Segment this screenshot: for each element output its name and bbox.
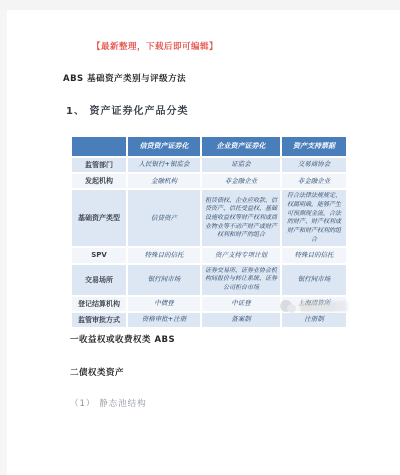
viewer-top-margin <box>0 0 400 10</box>
body-cell: 证监会 <box>202 158 280 172</box>
body-cell: 交易商协会 <box>282 158 346 172</box>
table-row: SPV特殊目的信托资产支持专项计划特殊目的信托 <box>72 248 342 262</box>
header-cell: 信贷资产证券化 <box>128 137 200 156</box>
item-static-pool-structure: （1） 静态池结构 <box>70 397 147 409</box>
body-cell: 特殊目的信托 <box>282 248 346 262</box>
header-cell: 企业资产证券化 <box>202 137 280 156</box>
body-cell: 人民银行+银监会 <box>128 158 200 172</box>
edit-notice: 【最新整理，下载后即可编辑】 <box>92 40 218 52</box>
table-row: 监管审批方式资格审批+注册备案制注册制 <box>72 313 342 327</box>
body-cell: 租赁债权、企业应收款、信贷资产、信托受益权、基础设施收益权等财产权利或商业物业等… <box>202 190 280 246</box>
table-row: 监管部门人民银行+银监会证监会交易商协会 <box>72 158 342 172</box>
body-cell: 证券交易所、证券业协会机构间报价与转让系统、证券公司柜台市场 <box>202 265 280 295</box>
table-body: 监管部门人民银行+银监会证监会交易商协会发起机构金融机构非金融企业非金融企业基础… <box>72 158 342 327</box>
row-label-cell: 基础资产类型 <box>72 190 126 246</box>
row-label-cell: 发起机构 <box>72 174 126 188</box>
section-heading: 1、 资产证券化产品分类 <box>66 102 188 117</box>
classification-table: 信贷资产证券化企业资产证券化资产支持票据 监管部门人民银行+银监会证监会交易商协… <box>72 137 342 329</box>
row-label-cell: 监管部门 <box>72 158 126 172</box>
body-cell: 特殊目的信托 <box>128 248 200 262</box>
body-cell: 金融机构 <box>128 174 200 188</box>
viewer-left-margin <box>0 10 7 475</box>
table-header-row: 信贷资产证券化企业资产证券化资产支持票据 <box>72 137 342 156</box>
body-cell: 资格审批+注册 <box>128 313 200 327</box>
body-cell: 注册制 <box>282 313 346 327</box>
row-label-cell: 监管审批方式 <box>72 313 126 327</box>
document-title: ABS 基础资产类别与评级方法 <box>63 72 186 84</box>
body-cell: 非金融企业 <box>282 174 346 188</box>
body-cell: 非金融企业 <box>202 174 280 188</box>
body-cell: 资产支持专项计划 <box>202 248 280 262</box>
body-cell: 银行间市场 <box>128 265 200 295</box>
header-cell: 资产支持票据 <box>282 137 346 156</box>
body-cell: 银行间市场 <box>282 265 346 295</box>
row-label-cell: 交易场所 <box>72 265 126 295</box>
row-label-cell: SPV <box>72 248 126 262</box>
row-label-cell: 登记结算机构 <box>72 297 126 311</box>
table-row: 登记结算机构中债登中证登上海清算所 <box>72 297 342 311</box>
body-cell: 符合法律法规规定、权属明确，能够产生可预测现金流，合法的财产、财产权利或财产和财… <box>282 190 346 246</box>
header-cell <box>72 137 126 156</box>
body-cell: 中债登 <box>128 297 200 311</box>
table-row: 发起机构金融机构非金融企业非金融企业 <box>72 174 342 188</box>
body-cell: 上海清算所 <box>282 297 346 311</box>
subheading-debt-assets: 二债权类资产 <box>70 366 124 378</box>
table-row: 交易场所银行间市场证券交易所、证券业协会机构间报价与转让系统、证券公司柜台市场银… <box>72 265 342 295</box>
body-cell: 备案制 <box>202 313 280 327</box>
table-row: 基础资产类型信贷资产租赁债权、企业应收款、信贷资产、信托受益权、基础设施收益权等… <box>72 190 342 246</box>
subheading-income-rights-abs: 一收益权或收费权类 ABS <box>70 333 175 345</box>
body-cell: 信贷资产 <box>128 190 200 246</box>
body-cell: 中证登 <box>202 297 280 311</box>
